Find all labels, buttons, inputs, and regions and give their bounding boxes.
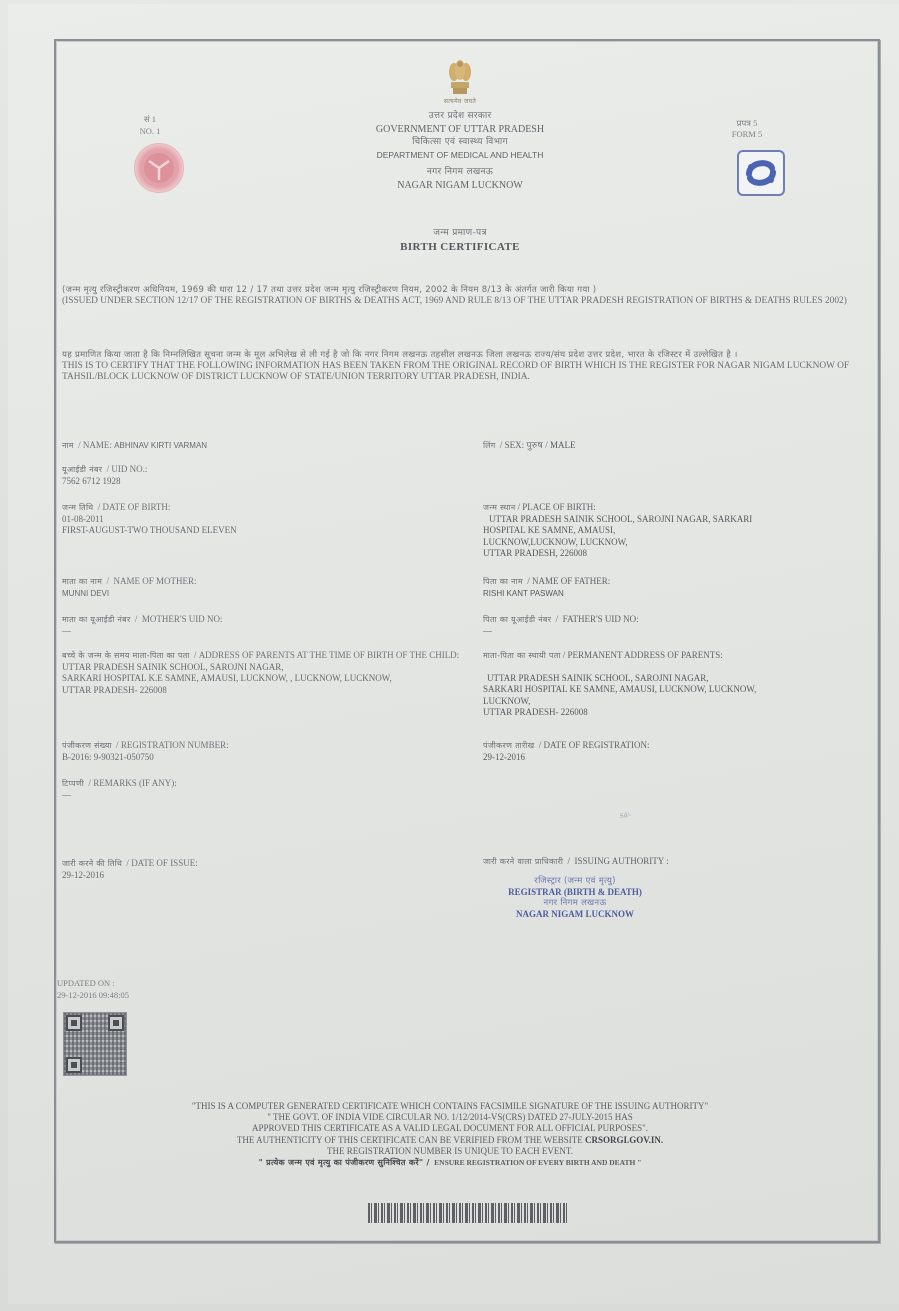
body-hindi: नगर निगम लखनऊ bbox=[300, 166, 620, 179]
uid-value: 7562 6712 1928 bbox=[62, 476, 467, 488]
field-uid: यूआईडी नंबर / UID NO.: 7562 6712 1928 bbox=[62, 464, 467, 487]
serial-english: NO. 1 bbox=[120, 125, 180, 137]
field-place-of-birth: जन्म स्थान/ PLACE OF BIRTH: UTTAR PRADES… bbox=[483, 502, 863, 560]
serial-hindi: सं 1 bbox=[120, 113, 180, 125]
serial-number: सं 1 NO. 1 bbox=[120, 113, 180, 137]
footer-line-3: APPROVED THIS CERTIFICATE AS A VALID LEG… bbox=[100, 1123, 800, 1134]
issued-under-english: (ISSUED UNDER SECTION 12/17 OF THE REGIS… bbox=[62, 296, 858, 307]
field-issuing-authority: जारी करने वाला प्राधिकारी / ISSUING AUTH… bbox=[483, 856, 863, 868]
title-hindi: जन्म प्रमाण-पत्र bbox=[300, 226, 620, 240]
registration-number-value: B-2016: 9-90321-050750 bbox=[62, 752, 467, 764]
up-govt-seal-icon bbox=[134, 143, 184, 193]
field-father-name: पिता का नाम / NAME OF FATHER: RISHI KANT… bbox=[483, 576, 863, 599]
father-name-value: RISHI KANT PASWAN bbox=[483, 588, 863, 600]
sex-value: MALE bbox=[550, 440, 576, 450]
field-address-at-birth: बच्चे के जन्म के समय माता-पिता का पता / … bbox=[62, 650, 467, 696]
gov-english: GOVERNMENT OF UTTAR PRADESH bbox=[300, 123, 620, 136]
footer-line-2: " THE GOVT. OF INDIA VIDE CIRCULAR NO. 1… bbox=[100, 1112, 800, 1123]
certify-hindi: यह प्रमाणित किया जाता है कि निम्नलिखित स… bbox=[62, 350, 858, 361]
issue-date-value: 29-12-2016 bbox=[62, 870, 467, 882]
footer-line-4: THE AUTHENTICITY OF THIS CERTIFICATE CAN… bbox=[100, 1135, 800, 1146]
issued-under-paragraph: (जन्म मृत्यु रजिस्ट्रीकरण अधिनियम, 1969 … bbox=[62, 285, 858, 307]
footer-line-5: THE REGISTRATION NUMBER IS UNIQUE TO EAC… bbox=[100, 1146, 800, 1157]
footer-line-1: "THIS IS A COMPUTER GENERATED CERTIFICAT… bbox=[100, 1101, 800, 1112]
name-value: ABHINAV KIRTI VARMAN bbox=[114, 441, 207, 450]
field-permanent-address: माता-पिता का स्थायी पता/ PERMANENT ADDRE… bbox=[483, 650, 863, 719]
updated-value: 29-12-2016 09:48:05 bbox=[57, 989, 129, 1001]
field-date-of-birth: जन्म तिथि / DATE OF BIRTH: 01-08-2011 FI… bbox=[62, 502, 467, 537]
field-mother-name: माता का नाम / NAME OF MOTHER: MUNNI DEVI bbox=[62, 576, 467, 599]
barcode bbox=[368, 1203, 568, 1223]
certificate-title: जन्म प्रमाण-पत्र BIRTH CERTIFICATE bbox=[300, 226, 620, 254]
certificate-header: उत्तर प्रदेश सरकार GOVERNMENT OF UTTAR P… bbox=[300, 110, 620, 192]
registration-date-value: 29-12-2016 bbox=[483, 752, 863, 764]
qr-finder bbox=[108, 1015, 124, 1031]
title-english: BIRTH CERTIFICATE bbox=[300, 240, 620, 254]
crs-logo-icon bbox=[737, 150, 785, 196]
field-sex: लिंग / SEX: पुरुष / MALE bbox=[483, 440, 863, 453]
qr-finder bbox=[66, 1057, 82, 1073]
dob-words: FIRST-AUGUST-TWO THOUSAND ELEVEN bbox=[62, 525, 467, 537]
updated-on: UPDATED ON : 29-12-2016 09:48:05 bbox=[57, 977, 129, 1001]
certificate-footer: "THIS IS A COMPUTER GENERATED CERTIFICAT… bbox=[100, 1101, 800, 1168]
form-number: प्रपत्र 5 FORM 5 bbox=[712, 118, 782, 140]
field-registration-number: पंजीकरण संख्या / REGISTRATION NUMBER: B-… bbox=[62, 740, 467, 763]
dob-value: 01-08-2011 bbox=[62, 514, 467, 526]
field-mother-uid: माता का यूआईडी नंबर / MOTHER'S UID NO: — bbox=[62, 614, 467, 637]
gov-hindi: उत्तर प्रदेश सरकार bbox=[300, 110, 620, 123]
certificate-border bbox=[54, 39, 880, 1243]
field-issue-date: जारी करने की तिथि / DATE OF ISSUE: 29-12… bbox=[62, 858, 467, 881]
certify-paragraph: यह प्रमाणित किया जाता है कि निम्नलिखित स… bbox=[62, 350, 858, 383]
dept-english: DEPARTMENT OF MEDICAL AND HEALTH bbox=[300, 149, 620, 162]
verification-website[interactable]: CRSORGI.GOV.IN. bbox=[585, 1135, 663, 1145]
certify-english: THIS IS TO CERTIFY THAT THE FOLLOWING IN… bbox=[62, 361, 858, 383]
qr-code[interactable] bbox=[63, 1012, 127, 1076]
field-remarks: टिप्पणी / REMARKS (IF ANY): — bbox=[62, 778, 467, 801]
issued-under-hindi: (जन्म मृत्यु रजिस्ट्रीकरण अधिनियम, 1969 … bbox=[62, 285, 858, 296]
form-hindi: प्रपत्र 5 bbox=[712, 118, 782, 129]
dept-hindi: चिकित्सा एवं स्वास्थ्य विभाग bbox=[300, 136, 620, 149]
field-name: नाम / NAME: ABHINAV KIRTI VARMAN bbox=[62, 440, 467, 452]
body-english: NAGAR NIGAM LUCKNOW bbox=[300, 179, 620, 192]
mother-name-value: MUNNI DEVI bbox=[62, 588, 467, 600]
emblem-caption: सत्यमेव जयते bbox=[420, 97, 500, 105]
issuing-authority-stamp: रजिस्ट्रार (जन्म एवं मृत्यु) REGISTRAR (… bbox=[485, 876, 665, 920]
form-english: FORM 5 bbox=[712, 129, 782, 140]
field-registration-date: पंजीकरण तारीख / DATE OF REGISTRATION: 29… bbox=[483, 740, 863, 763]
national-emblem-icon bbox=[443, 58, 477, 96]
updated-label: UPDATED ON : bbox=[57, 977, 129, 989]
footer-slogan: " प्रत्येक जन्म एवं मृत्यु का पंजीकरण सु… bbox=[100, 1157, 800, 1168]
field-father-uid: पिता का यूआईडी नंबर / FATHER'S UID NO: — bbox=[483, 614, 863, 637]
qr-finder bbox=[66, 1015, 82, 1031]
